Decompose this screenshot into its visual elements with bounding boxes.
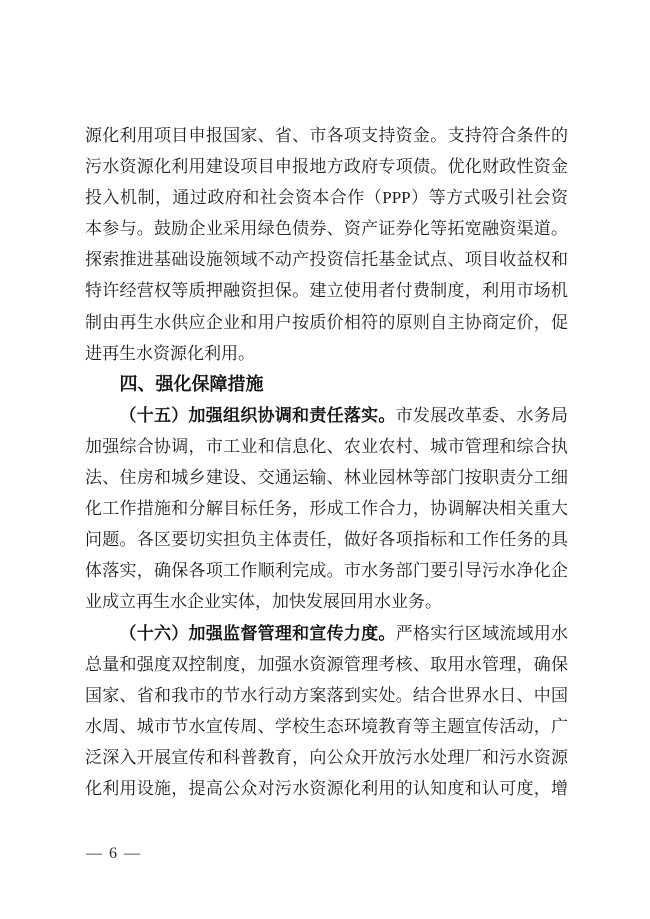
text-line: 问题。各区要切实担负主体责任，做好各项指标和工作任务的具: [85, 524, 568, 555]
text-line: 特许经营权等质押融资担保。建立使用者付费制度，利用市场机: [85, 275, 568, 306]
body-text: 特许经营权等质押融资担保。建立使用者付费制度，利用市场机: [85, 281, 568, 300]
text-line: （十五）加强组织协调和责任落实。市发展改革委、水务局: [85, 400, 568, 431]
text-line: 本参与。鼓励企业采用绿色债券、资产证券化等拓宽融资渠道。: [85, 213, 568, 244]
text-line: 探索推进基础设施领域不动产投资信托基金试点、项目收益权和: [85, 244, 568, 275]
emphasis-text: （十五）加强组织协调和责任落实。: [120, 406, 396, 425]
text-line: （十六）加强监督管理和宣传力度。严格实行区域流域用水: [85, 618, 568, 649]
text-line: 化工作措施和分解目标任务，形成工作合力，协调解决相关重大: [85, 493, 568, 524]
body-text: 加强综合协调，市工业和信息化、农业农村、城市管理和综合执: [85, 437, 568, 456]
text-line: 化利用设施，提高公众对污水资源化利用的认知度和认可度，增: [85, 773, 568, 804]
page-number: — 6 —: [86, 844, 142, 864]
text-line: 制由再生水供应企业和用户按质价相符的原则自主协商定价，促: [85, 307, 568, 338]
body-text: 化工作措施和分解目标任务，形成工作合力，协调解决相关重大: [85, 499, 568, 518]
text-line: 投入机制，通过政府和社会资本合作（PPP）等方式吸引社会资: [85, 182, 568, 213]
body-text: 总量和强度双控制度，加强水资源管理考核、取用水管理，确保: [85, 655, 568, 674]
section-heading: 四、强化保障措施: [85, 369, 568, 400]
body-text: 化利用设施，提高公众对污水资源化利用的认知度和认可度，增: [85, 779, 568, 798]
body-text: 源化利用项目申报国家、省、市各项支持资金。支持符合条件的: [85, 126, 568, 145]
text-line: 体落实，确保各项工作顺利完成。市水务部门要引导污水净化企: [85, 555, 568, 586]
emphasis-text: 四、强化保障措施: [120, 374, 264, 394]
text-line: 国家、省和我市的节水行动方案落到实处。结合世界水日、中国: [85, 680, 568, 711]
text-line: 加强综合协调，市工业和信息化、农业农村、城市管理和综合执: [85, 431, 568, 462]
body-text: 国家、省和我市的节水行动方案落到实处。结合世界水日、中国: [85, 686, 568, 705]
body-text: 体落实，确保各项工作顺利完成。市水务部门要引导污水净化企: [85, 561, 568, 580]
body-text: 法、住房和城乡建设、交通运输、林业园林等部门按职责分工细: [85, 468, 568, 487]
body-text: 污水资源化利用建设项目申报地方政府专项债。优化财政性资金: [85, 157, 568, 176]
body-text: 问题。各区要切实担负主体责任，做好各项指标和工作任务的具: [85, 530, 568, 549]
body-text: 进再生水资源化利用。: [85, 344, 255, 363]
body-text: 业成立再生水企业实体，加快发展回用水业务。: [85, 592, 442, 611]
body-text: 水周、城市节水宣传周、学校生态环境教育等主题宣传活动，广: [85, 717, 568, 736]
body-text: 制由再生水供应企业和用户按质价相符的原则自主协商定价，促: [85, 313, 568, 332]
text-line: 泛深入开展宣传和科普教育，向公众开放污水处理厂和污水资源: [85, 742, 568, 773]
text-line: 法、住房和城乡建设、交通运输、林业园林等部门按职责分工细: [85, 462, 568, 493]
body-text: 探索推进基础设施领域不动产投资信托基金试点、项目收益权和: [85, 250, 568, 269]
text-line: 水周、城市节水宣传周、学校生态环境教育等主题宣传活动，广: [85, 711, 568, 742]
text-block: 源化利用项目申报国家、省、市各项支持资金。支持符合条件的污水资源化利用建设项目申…: [85, 120, 568, 804]
text-line: 业成立再生水企业实体，加快发展回用水业务。: [85, 586, 568, 617]
emphasis-text: （十六）加强监督管理和宣传力度。: [120, 624, 396, 643]
text-line: 总量和强度双控制度，加强水资源管理考核、取用水管理，确保: [85, 649, 568, 680]
document-page: 源化利用项目申报国家、省、市各项支持资金。支持符合条件的污水资源化利用建设项目申…: [0, 0, 650, 919]
body-text: 市发展改革委、水务局: [396, 406, 568, 425]
body-text: 严格实行区域流域用水: [396, 624, 568, 643]
body-text: 投入机制，通过政府和社会资本合作（PPP）等方式吸引社会资: [85, 188, 568, 207]
text-line: 进再生水资源化利用。: [85, 338, 568, 369]
text-line: 源化利用项目申报国家、省、市各项支持资金。支持符合条件的: [85, 120, 568, 151]
text-line: 污水资源化利用建设项目申报地方政府专项债。优化财政性资金: [85, 151, 568, 182]
body-text: 泛深入开展宣传和科普教育，向公众开放污水处理厂和污水资源: [85, 748, 568, 767]
body-text: 本参与。鼓励企业采用绿色债券、资产证券化等拓宽融资渠道。: [85, 219, 568, 238]
